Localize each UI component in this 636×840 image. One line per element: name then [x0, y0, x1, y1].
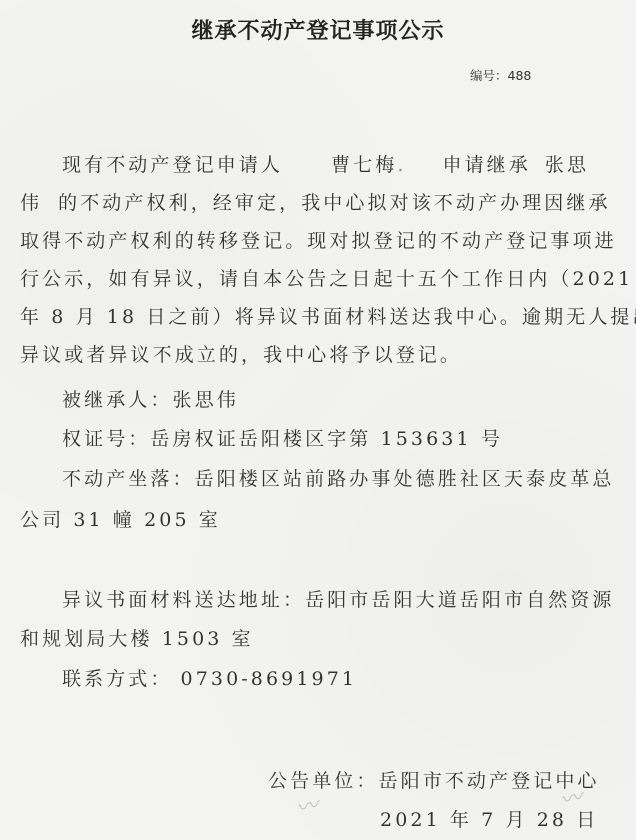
intro-line-2: 伟的不动产权利，经审定，我中心拟对该不动产办理因继承	[20, 188, 611, 215]
intro-line-6: 异议或者异议不成立的，我中心将予以登记。	[20, 340, 462, 367]
issuer-line: 公告单位：岳阳市不动产登记中心	[268, 766, 600, 793]
intro-line-1: 现有不动产登记申请人曹七梅.申请继承张思	[62, 150, 589, 177]
page-title: 继承不动产登记事项公示	[0, 14, 636, 45]
contact-phone: 0730-8691971	[181, 668, 358, 690]
applicant-name: 曹七梅	[331, 154, 397, 176]
decedent-name-part1: 张思	[545, 154, 589, 176]
objection-address-value-1: 岳阳市岳阳大道岳阳市自然资源	[305, 589, 614, 611]
objection-address-line-1: 异议书面材料送达地址：岳阳市岳阳大道岳阳市自然资源	[62, 585, 615, 612]
intro-line-3: 取得不动产权利的转移登记。现对拟登记的不动产登记事项进	[20, 226, 617, 253]
intro-line-2-text: 的不动产权利，经审定，我中心拟对该不动产办理因继承	[58, 192, 611, 214]
document-number-value: 488	[508, 68, 532, 83]
applicant-mark: .	[397, 154, 406, 176]
intro-line-4: 行公示，如有异议，请自本公告之日起十五个工作日内（2021	[20, 264, 633, 291]
location-label: 不动产坐落：	[62, 468, 195, 490]
contact-line: 联系方式：0730-8691971	[62, 664, 357, 691]
objection-address-line-2: 和规划局大楼 1503 室	[20, 624, 254, 651]
intro-prefix: 现有不动产登记申请人	[62, 154, 283, 176]
issuer-label: 公告单位：	[268, 770, 379, 792]
intro-line-5: 年 8 月 18 日之前）将异议书面材料送达我中心。逾期无人提出	[20, 302, 636, 329]
contact-label: 联系方式：	[62, 668, 173, 690]
paper-background	[0, 0, 636, 840]
location-value-1: 岳阳楼区站前路办事处德胜社区天泰皮革总	[195, 468, 615, 490]
decedent-label: 被继承人：	[62, 389, 173, 411]
location-line-2: 公司 31 幢 205 室	[20, 505, 221, 532]
decedent-line: 被继承人：张思伟	[62, 385, 239, 412]
decedent-value: 张思伟	[173, 389, 239, 411]
objection-address-label: 异议书面材料送达地址：	[62, 589, 305, 611]
certificate-line: 权证号：岳房权证岳阳楼区字第 153631 号	[62, 424, 503, 451]
decedent-name-part2: 伟	[20, 192, 42, 214]
document-number-label: 编号：	[470, 68, 508, 83]
certificate-value: 岳房权证岳阳楼区字第 153631 号	[150, 428, 503, 450]
location-line-1: 不动产坐落：岳阳楼区站前路办事处德胜社区天泰皮革总	[62, 464, 615, 491]
intro-action: 申请继承	[442, 154, 530, 176]
certificate-label: 权证号：	[62, 428, 150, 450]
document-number: 编号：488	[470, 66, 531, 84]
handwritten-signature-mark: 〰	[293, 788, 321, 823]
